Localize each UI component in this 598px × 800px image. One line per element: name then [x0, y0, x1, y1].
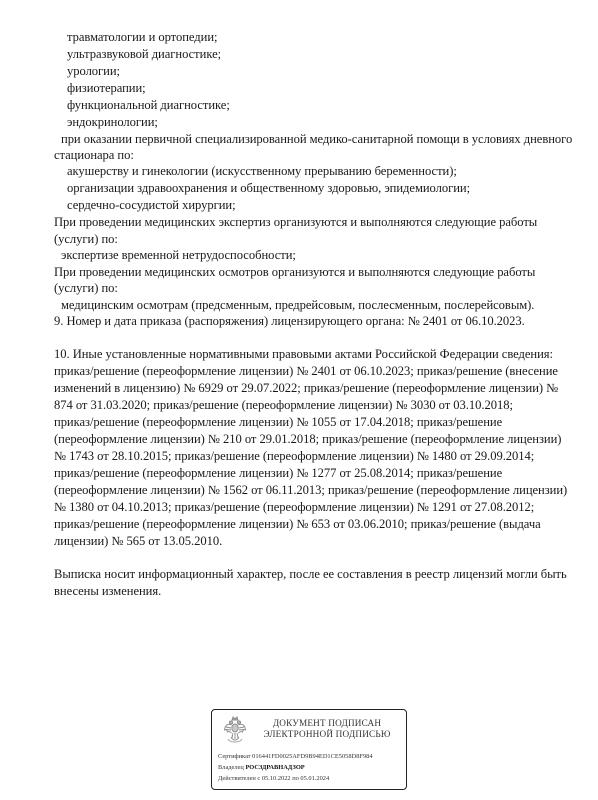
section-10-line: приказ/решение (переоформление лицензии)…	[54, 415, 502, 430]
stamp-title-line: ЭЛЕКТРОННОЙ ПОДПИСЬЮ	[252, 729, 402, 740]
expertise-intro: (услуги) по:	[54, 232, 118, 247]
section-9-order-number: 9. Номер и дата приказа (распоряжения) л…	[54, 314, 525, 329]
expertise-item: экспертизе временной нетрудоспособности;	[61, 248, 296, 263]
stamp-validity: Действителен с 05.10.2022 по 05.01.2024	[218, 775, 329, 783]
section-10-line: приказ/решение (переоформление лицензии)…	[54, 517, 541, 532]
exams-item: медицинским осмотрам (предсменным, предр…	[61, 298, 534, 313]
day-hospital-intro: стационара по:	[54, 148, 134, 163]
certificate-label: Сертификат	[218, 753, 251, 760]
specialty-item: травматологии и ортопедии;	[67, 30, 217, 45]
stamp-certificate: Сертификат 016441FD0025AFD9B94ED1CE5058D…	[218, 753, 373, 761]
day-hospital-intro: при оказании первичной специализированно…	[61, 132, 572, 147]
section-10-line: (переоформление лицензии) № 210 от 29.01…	[54, 432, 561, 447]
expertise-intro: При проведении медицинских экспертиз орг…	[54, 215, 537, 230]
certificate-value: 016441FD0025AFD9B94ED1CE5058D8F984	[252, 753, 372, 760]
section-10-line: (переоформление лицензии) № 1562 от 06.1…	[54, 483, 567, 498]
specialty-item: эндокринологии;	[67, 115, 158, 130]
specialty-item: функциональной диагностике;	[67, 98, 230, 113]
exams-intro: (услуги) по:	[54, 281, 118, 296]
stamp-title: ДОКУМЕНТ ПОДПИСАН ЭЛЕКТРОННОЙ ПОДПИСЬЮ	[252, 718, 402, 740]
stamp-owner: Владелец РОСЗДРАВНАДЗОР	[218, 764, 305, 772]
coat-of-arms-icon	[222, 715, 248, 745]
section-10-line: изменений в лицензию) № 6929 от 29.07.20…	[54, 381, 558, 396]
specialty-item: урологии;	[67, 64, 120, 79]
owner-label: Владелец	[218, 764, 244, 771]
section-10-line: № 1743 от 28.10.2015; приказ/решение (пе…	[54, 449, 534, 464]
section-10-line: лицензии) № 565 от 13.05.2010.	[54, 534, 222, 549]
electronic-signature-stamp: ДОКУМЕНТ ПОДПИСАН ЭЛЕКТРОННОЙ ПОДПИСЬЮ С…	[211, 709, 407, 790]
disclaimer-line: Выписка носит информационный характер, п…	[54, 567, 567, 582]
stamp-title-line: ДОКУМЕНТ ПОДПИСАН	[252, 718, 402, 729]
section-10-line: 10. Иные установленные нормативными прав…	[54, 347, 553, 362]
section-10-line: 874 от 31.03.2020; приказ/решение (перео…	[54, 398, 513, 413]
day-hospital-item: акушерству и гинекологии (искусственному…	[67, 164, 457, 179]
owner-value: РОСЗДРАВНАДЗОР	[245, 764, 304, 771]
section-10-line: приказ/решение (переоформление лицензии)…	[54, 364, 558, 379]
day-hospital-item: организации здравоохранения и общественн…	[67, 181, 470, 196]
specialty-item: ультразвуковой диагностике;	[67, 47, 221, 62]
section-10-line: № 1380 от 04.10.2013; приказ/решение (пе…	[54, 500, 534, 515]
section-10-line: приказ/решение (переоформление лицензии)…	[54, 466, 502, 481]
day-hospital-item: сердечно-сосудистой хирургии;	[67, 198, 236, 213]
license-extract-page: травматологии и ортопедии; ультразвуково…	[0, 0, 598, 800]
exams-intro: При проведении медицинских осмотров орга…	[54, 265, 535, 280]
specialty-item: физиотерапии;	[67, 81, 146, 96]
disclaimer-line: внесены изменения.	[54, 584, 161, 599]
